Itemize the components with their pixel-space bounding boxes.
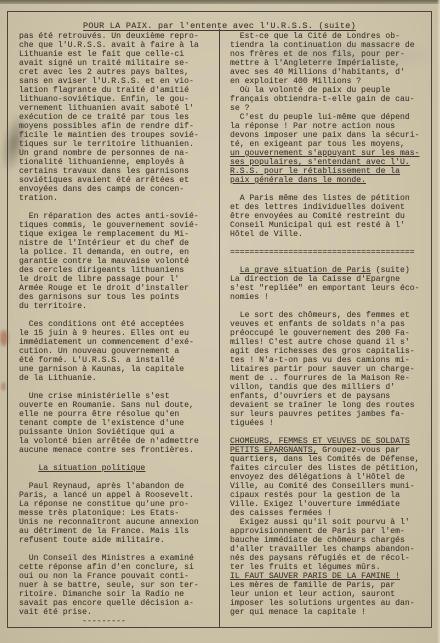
text-line: CHOMEURS, FEMMES ET VEUVES DE SOLDATS	[230, 437, 428, 446]
text-line: des cercles dirigeants lithuaniens	[19, 266, 214, 275]
text-line	[230, 185, 428, 194]
text-line: vait été prise.	[19, 608, 214, 617]
text-line: Les mères de famille de Paris, par	[230, 581, 428, 590]
text-line: une garnison à Kaunas, la capitale	[19, 365, 214, 374]
text-line: Paul Reynaud, après l'abandon de	[19, 482, 214, 491]
text-line: quartiers, dans les Comités de Défense,	[230, 455, 428, 464]
text-line: Ville, au Comité des Conseillers muni-	[230, 482, 428, 491]
text-line: Est-ce que la Cité de Londres ob-	[230, 32, 428, 41]
text-line: nuer à se battre, seule, sur son ter-	[19, 581, 214, 590]
title-row: POUR LA PAIX. par l'entente avec l'U.R.S…	[8, 12, 431, 29]
text-line: ouverte en Roumanie. Sans nul doute,	[19, 401, 214, 410]
text-line: Conseil Municipal qui est resté à l'	[230, 221, 428, 230]
text-line	[230, 257, 428, 266]
text-line: été formé. L'U.R.S.S. a installé	[19, 356, 214, 365]
text-line: Une crise ministérielle s'est	[19, 392, 214, 401]
text-line: vernement lithuanien avait saboté l'	[19, 104, 214, 113]
text-line: lithuano-soviétique. Enfin, le gou-	[19, 95, 214, 104]
text-line: le 15 juin à 9 heures. Elles ont eu	[19, 329, 214, 338]
text-line: tes ! N'a-t-on pas vu des camions mi-	[230, 356, 428, 365]
text-line: Unis ne reconnaîtront aucune annexion	[19, 518, 214, 527]
text-line: certains travaux dans les garnisons	[19, 167, 214, 176]
text-line: cette réponse afin d'en conclure, si	[19, 563, 214, 572]
text-line: té, en exigeant par tous les moyens,	[230, 140, 428, 149]
text-line: la volonté bien arrêtée de n'admettre	[19, 437, 214, 446]
text-line: devons imposer une paix dans la sécuri-	[230, 131, 428, 140]
text-line: IL FAUT SAUVER PARIS DE LA FAMINE !	[230, 572, 428, 581]
text-line: se ?	[230, 104, 428, 113]
text-line: tration.	[19, 194, 214, 203]
text-line: lation flagrante du traité d'amitié	[19, 86, 214, 95]
text-line: devaient se traîner le long des routes	[230, 401, 428, 410]
text-line: français obtiendra-t-elle gain de cau-	[230, 95, 428, 104]
text-line: ======================================	[230, 248, 428, 257]
text-line: pas été retrouvés. Un deuxième repro-	[19, 32, 214, 41]
text-line: sur leurs pauvres petites jambes fa-	[230, 410, 428, 419]
text-line: envoyées dans des camps de concen-	[19, 185, 214, 194]
text-line: veuves et enfants de soldats n'a pas	[230, 320, 428, 329]
text-line	[19, 311, 214, 320]
text-line: tiguées !	[230, 419, 428, 428]
text-line: ger qui menace la capitale !	[230, 608, 428, 617]
text-line: mettre à l'Angleterre Impérialiste,	[230, 59, 428, 68]
text-line: elle ne pourra être résolue qu'en	[19, 410, 214, 419]
text-line: s'est "repliée" en emportant leurs éco-	[230, 284, 428, 293]
text-line: messe très platonique: Les Etats-	[19, 509, 214, 518]
page-border-frame: POUR LA PAIX. par l'entente avec l'U.R.S…	[7, 11, 432, 628]
document-page: POUR LA PAIX. par l'entente avec l'U.R.S…	[0, 0, 440, 643]
text-line: Le sort des chômeurs, des femmes et	[230, 311, 428, 320]
text-line: en exploiter 400 Millions ?	[230, 77, 428, 86]
text-line: tionalité lithuanienne, employés à	[19, 158, 214, 167]
text-line: leur union et leur action, sauront	[230, 590, 428, 599]
text-line	[19, 455, 214, 464]
right-column: Est-ce que la Cité de Londres ob-tiendra…	[219, 29, 431, 627]
text-line: Hôtel de Ville.	[230, 230, 428, 239]
text-line: la réponse ! Par notre action nous	[230, 122, 428, 131]
text-line: puissante Union Soviétique qui a	[19, 428, 214, 437]
text-line: du territoire.	[19, 302, 214, 311]
scan-top-edge	[0, 0, 440, 4]
text-line: nos frères et de nos fils, pour per-	[230, 50, 428, 59]
text-line: nomies !	[230, 293, 428, 302]
text-line: des garnisons sur tous les points	[19, 293, 214, 302]
text-line: tiendra la continuation du massacre de	[230, 41, 428, 50]
text-line: Exigez aussi qu'il soit pourvu à l'	[230, 518, 428, 527]
text-line: refusent toute aide militaire.	[19, 536, 214, 545]
text-line: Paris, a lancé un appel à Roosevelt.	[19, 491, 214, 500]
text-line: La situation politique	[19, 464, 214, 473]
text-line: Armée Rouge et le droit d'installer	[19, 284, 214, 293]
left-column: pas été retrouvés. Un deuxième repro-che…	[8, 29, 219, 627]
text-line: tiques sur le territoire lithuanien.	[19, 140, 214, 149]
text-line: immédiatement un commencement d'exé-	[19, 338, 214, 347]
text-line: Ville. Exigez l'ouverture immédiate	[230, 500, 428, 509]
red-ink-stain-small	[1, 382, 6, 391]
text-line: tiques commis, le gouvernement sovié-	[19, 221, 214, 230]
text-line: sans en aviser l'U.R.S.S. et en vio-	[19, 77, 214, 86]
text-line: exécution de ce traité par tous les	[19, 113, 214, 122]
text-line	[230, 302, 428, 311]
text-line: En réparation des actes anti-sovié-	[19, 212, 214, 221]
text-line: La direction de la Caisse d'Epargne	[230, 275, 428, 284]
text-line: C'est du peuple lui-même que dépend	[230, 113, 428, 122]
text-line: ficile le maintien des troupes sovié-	[19, 131, 214, 140]
text-line	[19, 545, 214, 554]
text-line: ter les fruits et légumes mûrs.	[230, 563, 428, 572]
text-line: et des lettres individuelles doivent	[230, 203, 428, 212]
text-line: litaires partir pour sauver un charge-	[230, 365, 428, 374]
text-line: enfants, d'ouvriers et de paysans	[230, 392, 428, 401]
text-line: ses populaires, s'entendant avec l'U.	[230, 158, 428, 167]
text-line: ritoire. Dimanche soir la Radio ne	[19, 590, 214, 599]
text-line: tenant compte de l'existence d'une	[19, 419, 214, 428]
text-line	[19, 203, 214, 212]
text-line: Ces conditions ont été acceptées	[19, 320, 214, 329]
text-line: agit des richesses des gros capitalis-	[230, 347, 428, 356]
text-line: le droit de libre passage pour l'	[19, 275, 214, 284]
text-line: paix générale dans le monde.	[230, 176, 428, 185]
text-line: la police. Il demanda, en outre, en	[19, 248, 214, 257]
text-line: soviétiques avaient été arrêtées et	[19, 176, 214, 185]
text-line: au détriment de la France. Mais ils	[19, 527, 214, 536]
text-line: des caisses fermées !	[230, 509, 428, 518]
text-line: bauche immédiate de chômeurs chargés	[230, 536, 428, 545]
text-line: faites circuler des listes de pétition,	[230, 464, 428, 473]
text-line: imposer les solutions urgentes au dan-	[230, 599, 428, 608]
text-line: approvisionnement de Paris par l'em-	[230, 527, 428, 536]
text-line: nistre de l'Intérieur et du chef de	[19, 239, 214, 248]
text-line: avait signé un traité militaire se-	[19, 59, 214, 68]
text-line: tique exigea le remplacement du Mi-	[19, 230, 214, 239]
text-line: être envoyées au Comité restreint du	[230, 212, 428, 221]
text-line: R.S.S. pour le rétablissement de la	[230, 167, 428, 176]
text-line: PETITS EPARGNANTS, Groupez-vous par	[230, 446, 428, 455]
text-line: villon, tandis que des milliers d'	[230, 383, 428, 392]
columns-container: pas été retrouvés. Un deuxième repro-che…	[8, 29, 431, 627]
text-line: La réponse ne constitue qu'une pro-	[19, 500, 214, 509]
text-line: cret avec les 2 autres pays baltes,	[19, 68, 214, 77]
text-line: ---------	[19, 617, 214, 626]
text-line: envoyez des délégations à l'Hôtel de	[230, 473, 428, 482]
text-line: La grave situation de Paris (suite)	[230, 266, 428, 275]
text-line	[230, 428, 428, 437]
text-line: Lithuanie est le fait que celle-ci	[19, 50, 214, 59]
text-line: A Paris même des listes de pétition	[230, 194, 428, 203]
text-line: Un Conseil des Ministres a examiné	[19, 554, 214, 563]
text-line: milles! C'est autre chose quand il s'	[230, 338, 428, 347]
text-line: Où la volonté de paix du peuple	[230, 86, 428, 95]
text-line: oui ou non la France pouvait conti-	[19, 572, 214, 581]
text-line: ment de .. fourrures de la Maison Re-	[230, 374, 428, 383]
text-line	[19, 383, 214, 392]
text-line: un gouvernement s'appuyant sur les mas-	[230, 149, 428, 158]
text-line: moyens possibles afin de rendre dif-	[19, 122, 214, 131]
text-line: garantie contre la mauvaise volonté	[19, 257, 214, 266]
text-line: nés des paysans réfugiés et de récol-	[230, 554, 428, 563]
text-line: de la Lithuanie.	[19, 374, 214, 383]
text-line: cution. Un nouveau gouvernement a	[19, 347, 214, 356]
text-line: d'aller travailler les champs abandon-	[230, 545, 428, 554]
text-line: avec ses 40 Millions d'habitants, d'	[230, 68, 428, 77]
text-line: aucune menace contre ses frontières.	[19, 446, 214, 455]
text-line: savait pas encore quelle décision a-	[19, 599, 214, 608]
text-line: che que l'U.R.S.S. avait à faire à la	[19, 41, 214, 50]
text-line: préoccupé le gouvernement des 200 Fa-	[230, 329, 428, 338]
text-line: cipaux restés pour la gestion de la	[230, 491, 428, 500]
text-line	[230, 239, 428, 248]
text-line	[19, 473, 214, 482]
text-line: Un grand nombre de personnes de na-	[19, 149, 214, 158]
